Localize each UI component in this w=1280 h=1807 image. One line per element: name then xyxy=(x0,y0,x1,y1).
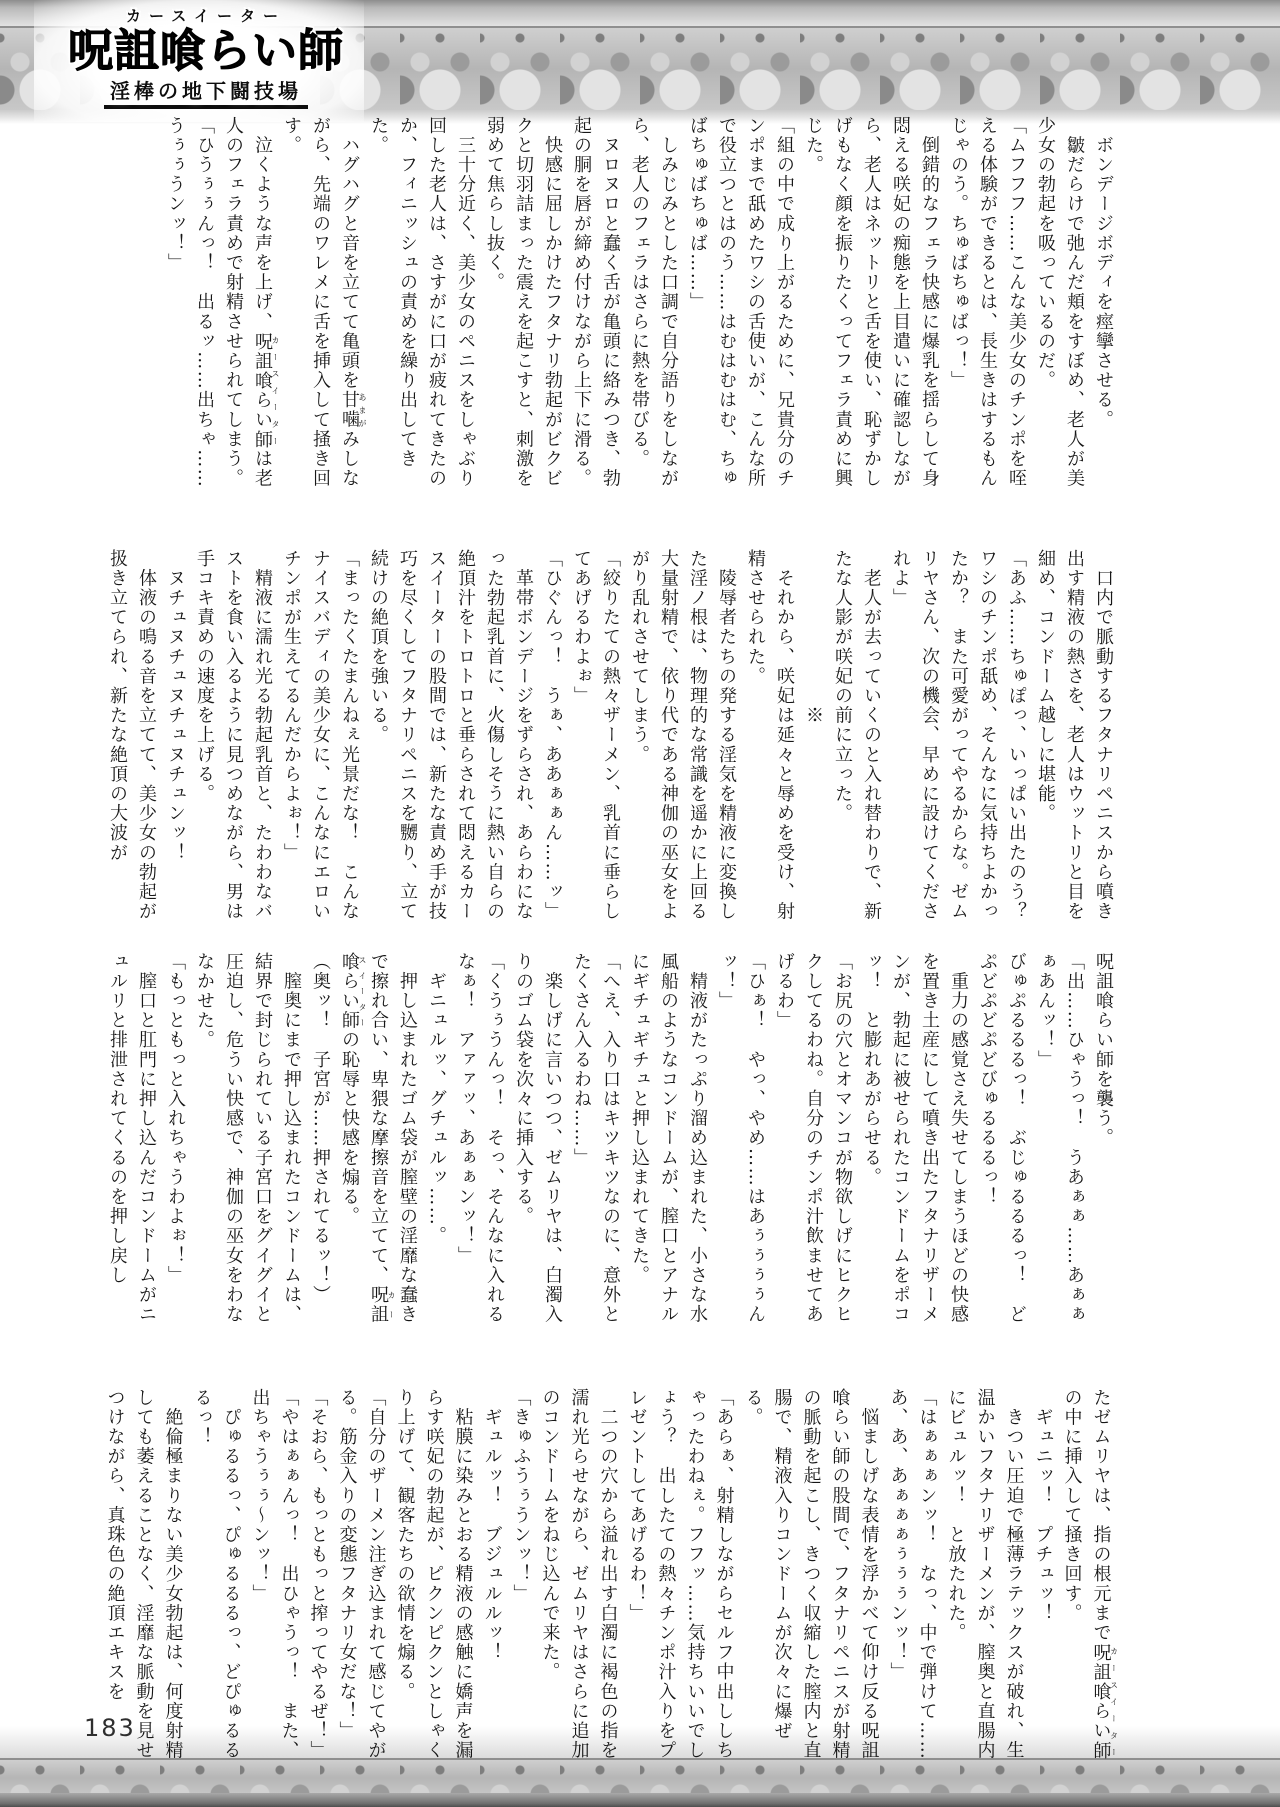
title-block: カースイーター 呪詛喰らい師 淫棒の地下闘技場 xyxy=(56,8,356,109)
page-bottom-edge xyxy=(0,1793,1280,1807)
title-subtitle-row: 淫棒の地下闘技場 xyxy=(56,76,356,109)
text-band-3: 呪詛喰らい師を襲う。 「出……ひゃうっ！ うあぁぁ……あぁぁぁあんッ！」 びゅぷ… xyxy=(56,952,1118,1330)
text-band-2: 口内で脈動するフタナリペニスから噴き出す精液の熱さを、老人はウットリと目を細め、… xyxy=(56,549,1118,927)
page-number: 183 xyxy=(84,1714,136,1742)
text-band-1: ボンデージボディを痙攣させる。 皺だらけで弛んだ頬をすぼめ、老人が美少女の勃起を… xyxy=(56,116,1118,494)
title-furigana: カースイーター xyxy=(56,8,356,24)
text-band-4: たゼムリヤは、指の根元まで呪詛喰らい師カースイーターの中に挿入して掻き回す。 ギ… xyxy=(56,1388,1118,1766)
title-subtitle: 淫棒の地下闘技場 xyxy=(104,79,308,109)
page-title: 呪詛喰らい師 xyxy=(56,26,356,76)
